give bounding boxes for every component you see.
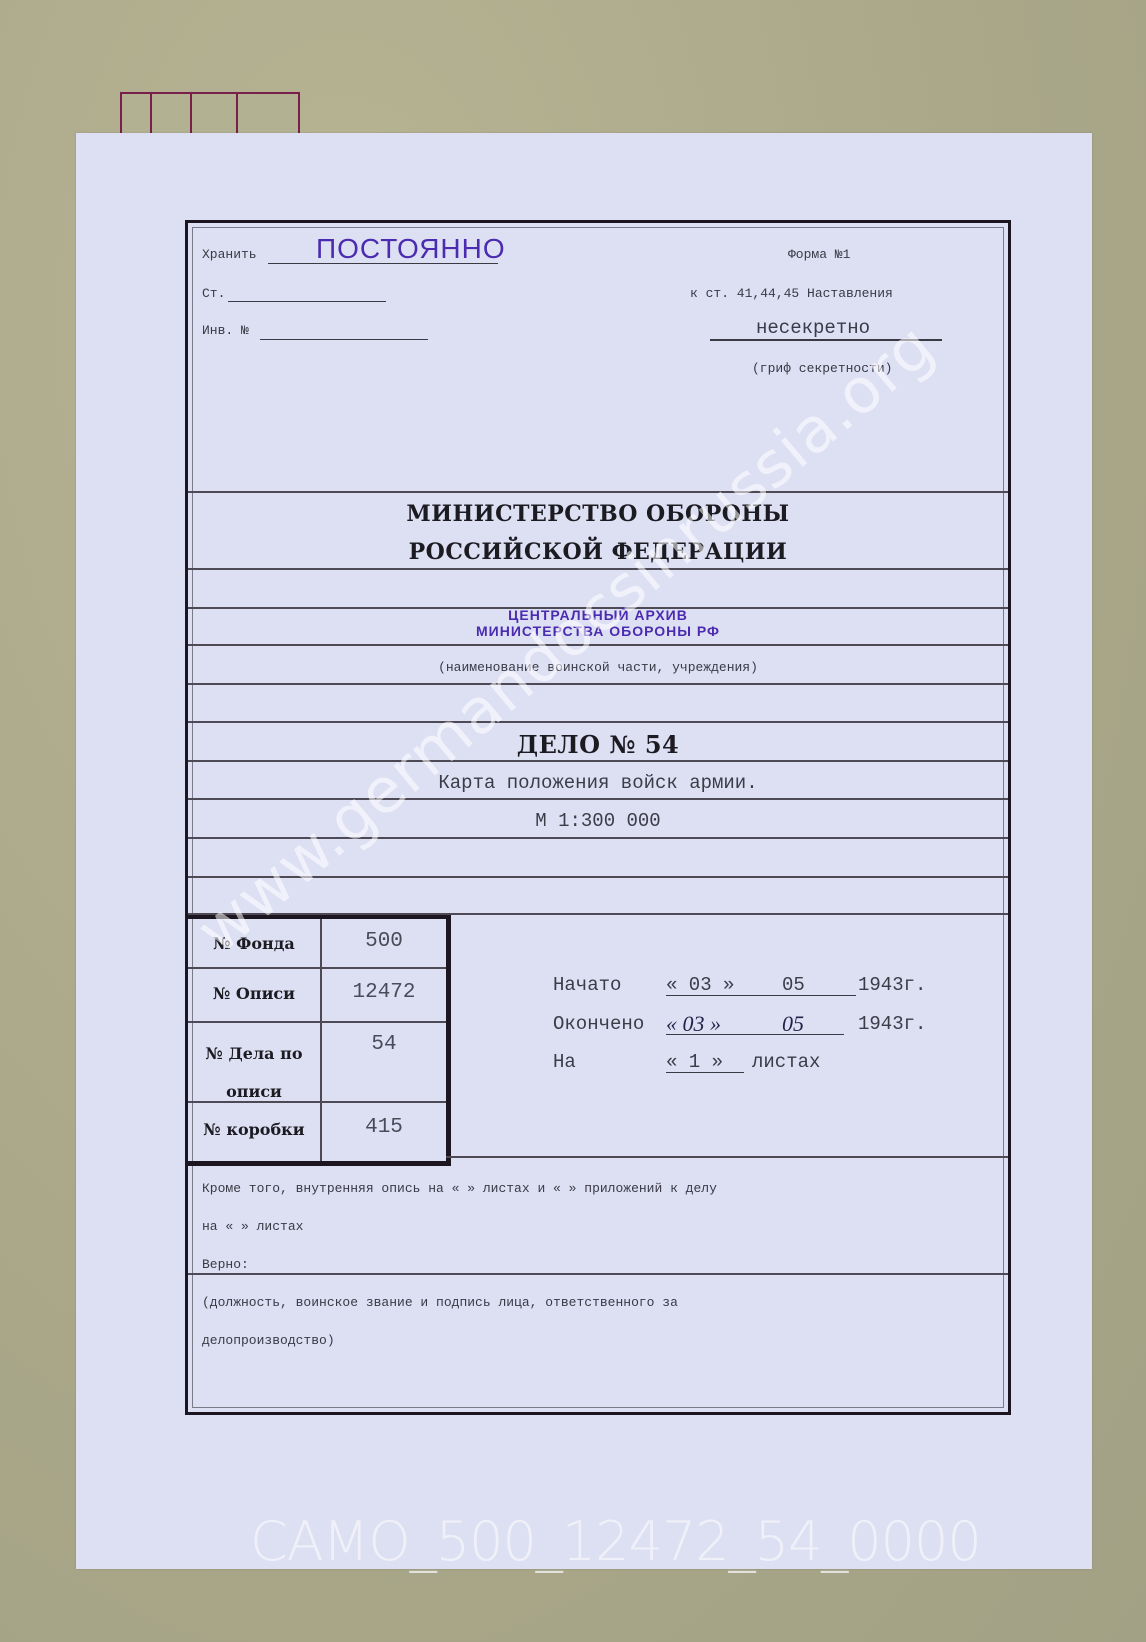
image-id-overlay: CAMO_500_12472_54_0000 — [250, 1510, 910, 1573]
table-row: № Описи 12472 — [188, 969, 446, 1023]
verified-label: Верно: — [202, 1257, 249, 1272]
form-number: Форма №1 — [788, 247, 850, 262]
cover-sheet: Хранить ПОСТОЯННО Форма №1 Ст. к ст. 41,… — [76, 133, 1092, 1569]
ministry-line-1: МИНИСТЕРСТВО ОБОРОНЫ — [188, 501, 1008, 527]
store-value-stamp: ПОСТОЯННО — [316, 233, 506, 265]
unit-caption: (наименование воинской части, учреждения… — [188, 660, 1008, 675]
finished-label: Окончено — [553, 1013, 644, 1035]
started-day: « 03 » — [666, 974, 734, 996]
opis-value: 12472 — [322, 981, 446, 1004]
inventory-label: Инв. № — [202, 323, 249, 338]
box-label: № коробки — [188, 1120, 320, 1139]
started-year: 1943г. — [858, 974, 926, 996]
store-label: Хранить — [202, 247, 257, 262]
sheets-line: на « » листах — [202, 1219, 303, 1234]
sheets-label: На — [553, 1051, 576, 1073]
table-row: № Дела по описи 54 — [188, 1023, 446, 1103]
case-title: ДЕЛО № 54 — [188, 730, 1008, 759]
article-reference: к ст. 41,44,45 Наставления — [690, 286, 893, 301]
started-label: Начато — [553, 974, 621, 996]
delo-value: 54 — [322, 1033, 446, 1056]
started-month: 05 — [782, 974, 805, 996]
box-value: 415 — [322, 1116, 446, 1139]
classification-value: несекретно — [756, 317, 870, 339]
table-row: № коробки 415 — [188, 1103, 446, 1159]
fond-value: 500 — [322, 930, 446, 953]
signature-caption-1: (должность, воинское звание и подпись ли… — [202, 1295, 678, 1310]
finished-year: 1943г. — [858, 1013, 926, 1035]
sheets-value: « 1 » — [666, 1051, 723, 1073]
signature-caption-2: делопроизводство) — [202, 1333, 335, 1348]
sheets-suffix: листах — [752, 1051, 820, 1073]
case-description: Карта положения войск армии. — [188, 772, 1008, 794]
delo-label: № Дела по описи — [188, 1035, 320, 1111]
st-label: Ст. — [202, 286, 225, 301]
opis-label: № Описи — [188, 984, 320, 1003]
inventory-line: Кроме того, внутренняя опись на « » лист… — [202, 1181, 717, 1196]
